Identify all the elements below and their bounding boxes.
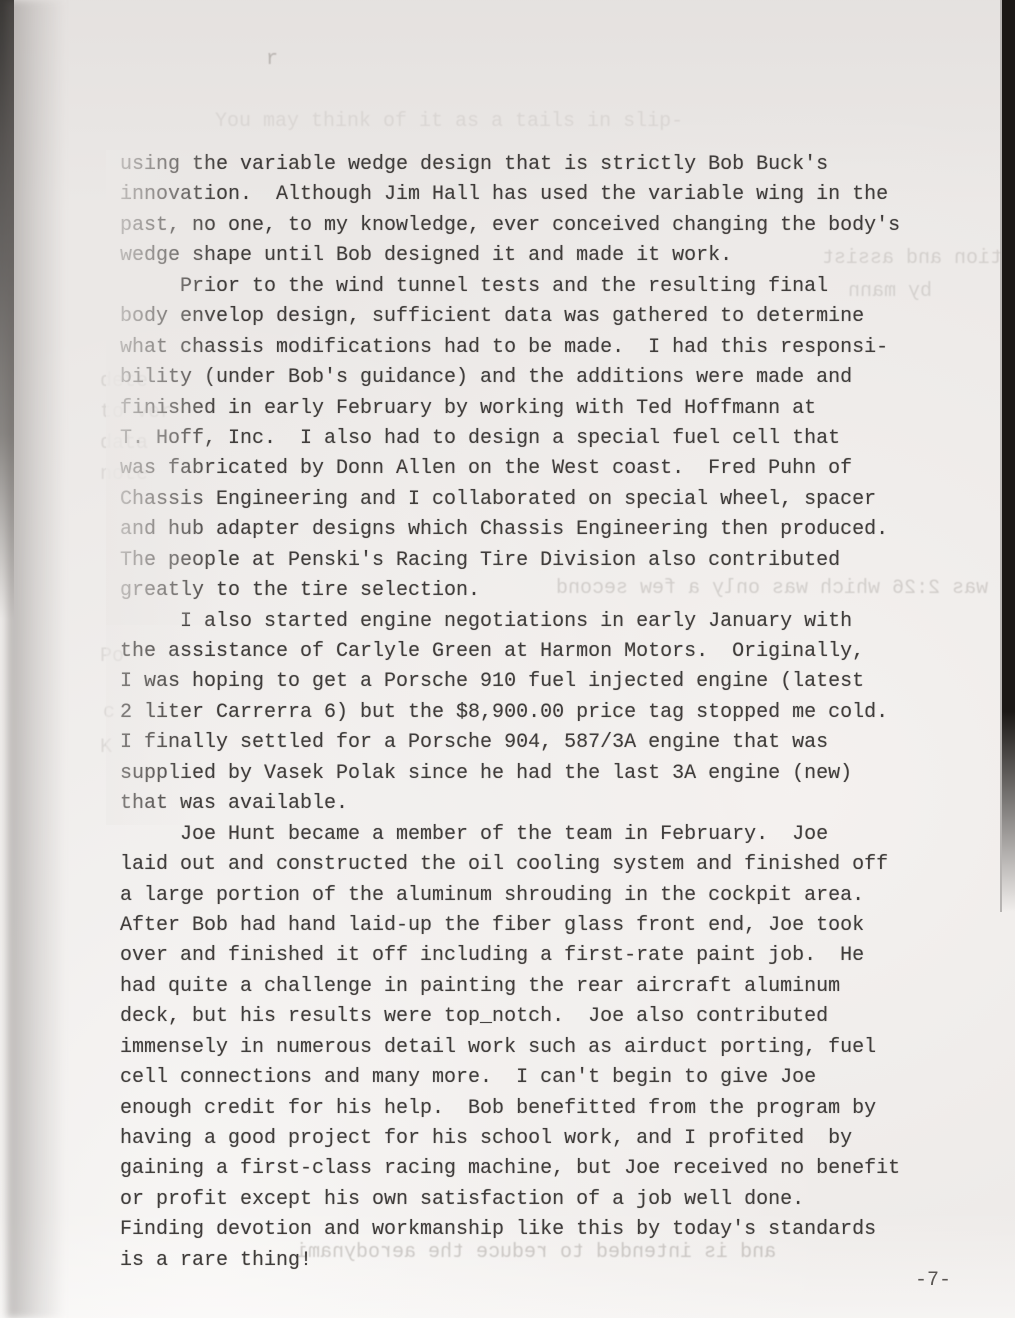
- text-line: supplied by Vasek Polak since he had the…: [120, 759, 920, 789]
- page-number: -7-: [915, 1269, 951, 1292]
- text-line: using the variable wedge design that is …: [120, 150, 920, 180]
- text-line: The people at Penski's Racing Tire Divis…: [120, 546, 920, 576]
- text-line: T. Hoff, Inc. I also had to design a spe…: [120, 424, 920, 454]
- text-line: cell connections and many more. I can't …: [120, 1063, 920, 1093]
- text-line: bility (under Bob's guidance) and the ad…: [120, 363, 920, 393]
- bleedthrough-text: You may think of it as a tails in slip-: [215, 110, 683, 133]
- text-line: immensely in numerous detail work such a…: [120, 1033, 920, 1063]
- scanned-page: You may think of it as a tails in slip-t…: [0, 0, 1015, 1318]
- text-line: is a rare thing!: [120, 1246, 920, 1276]
- bleedthrough-text: c: [103, 701, 115, 724]
- bleedthrough-text: r: [266, 48, 278, 71]
- text-line: 2 liter Carrerra 6) but the $8,900.00 pr…: [120, 698, 920, 728]
- text-line: had quite a challenge in painting the re…: [120, 972, 920, 1002]
- text-line: I also started engine negotiations in ea…: [120, 607, 920, 637]
- text-line: was fabricated by Donn Allen on the West…: [120, 454, 920, 484]
- text-line: having a good project for his school wor…: [120, 1124, 920, 1154]
- text-line: that was available.: [120, 789, 920, 819]
- text-line: past, no one, to my knowledge, ever conc…: [120, 211, 920, 241]
- text-line: body envelop design, sufficient data was…: [120, 302, 920, 332]
- text-line: Joe Hunt became a member of the team in …: [120, 820, 920, 850]
- text-line: I finally settled for a Porsche 904, 587…: [120, 728, 920, 758]
- text-line: greatly to the tire selection.: [120, 576, 920, 606]
- text-line: wedge shape until Bob designed it and ma…: [120, 241, 920, 271]
- page-fold-shadow: [7, 0, 65, 1318]
- typewritten-body: using the variable wedge design that is …: [120, 150, 920, 1276]
- text-line: enough credit for his help. Bob benefitt…: [120, 1094, 920, 1124]
- bleedthrough-text: K: [100, 736, 112, 759]
- text-line: and hub adapter designs which Chassis En…: [120, 515, 920, 545]
- text-line: Finding devotion and workmanship like th…: [120, 1215, 920, 1245]
- text-line: or profit except his own satisfaction of…: [120, 1185, 920, 1215]
- scan-right-edge-shadow: [1000, 0, 1015, 912]
- text-line: finished in early February by working wi…: [120, 394, 920, 424]
- text-line: gaining a first-class racing machine, bu…: [120, 1154, 920, 1184]
- text-line: deck, but his results were top_notch. Jo…: [120, 1002, 920, 1032]
- text-line: Chassis Engineering and I collaborated o…: [120, 485, 920, 515]
- text-line: over and finished it off including a fir…: [120, 941, 920, 971]
- text-line: After Bob had hand laid-up the fiber gla…: [120, 911, 920, 941]
- text-line: a large portion of the aluminum shroudin…: [120, 881, 920, 911]
- text-line: innovation. Although Jim Hall has used t…: [120, 180, 920, 210]
- text-line: Prior to the wind tunnel tests and the r…: [120, 272, 920, 302]
- text-line: I was hoping to get a Porsche 910 fuel i…: [120, 667, 920, 697]
- text-line: what chassis modifications had to be mad…: [120, 333, 920, 363]
- text-line: the assistance of Carlyle Green at Harmo…: [120, 637, 920, 667]
- text-line: laid out and constructed the oil cooling…: [120, 850, 920, 880]
